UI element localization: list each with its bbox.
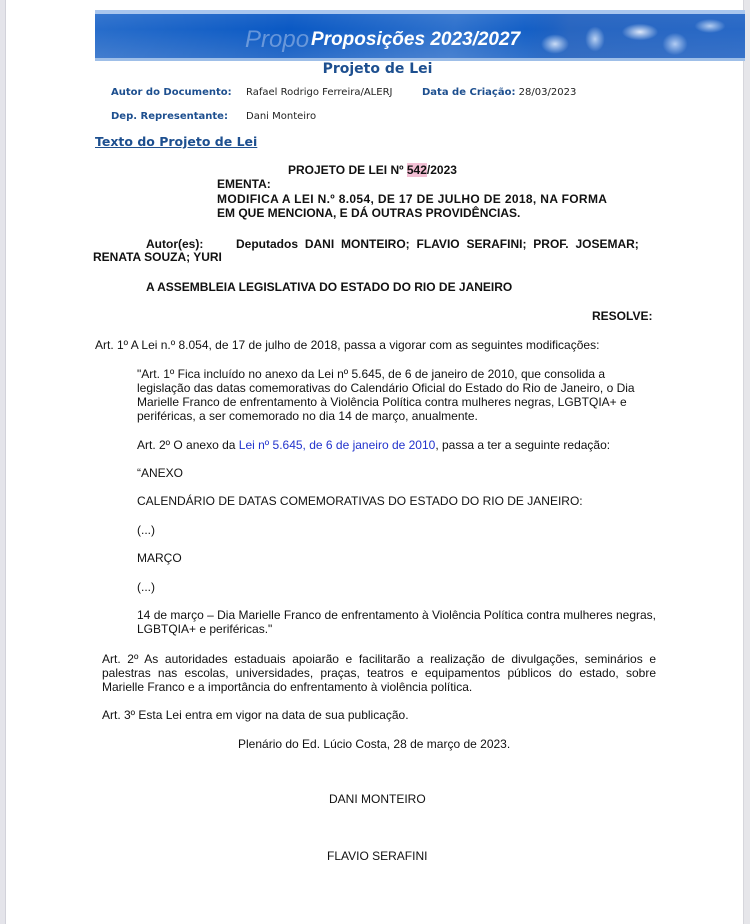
art3-text: Art. 3º Esta Lei entra em vigor na data … <box>102 708 409 722</box>
signature-1: DANI MONTEIRO <box>329 792 426 806</box>
ementa-label: EMENTA: <box>217 177 271 191</box>
authors-line-1: Deputados DANI MONTEIRO; FLAVIO SERAFINI… <box>236 237 639 251</box>
signature-2: FLAVIO SERAFINI <box>327 849 427 863</box>
bill-number: 542 <box>407 163 427 177</box>
scrollbar-track[interactable] <box>743 0 750 924</box>
art1-text: Art. 1º A Lei n.º 8.054, de 17 de julho … <box>95 338 599 352</box>
plenario-line: Plenário do Ed. Lúcio Costa, 28 de março… <box>238 737 510 751</box>
autor-value: Rafael Rodrigo Ferreira/ALERJ <box>246 87 392 98</box>
art1-quote-line-2: legislação das datas comemorativas do Ca… <box>137 381 635 395</box>
art1-quote-line-4: periféricas, a ser comemorado no dia 14 … <box>137 409 478 423</box>
ellipsis-2: (...) <box>137 580 155 594</box>
dep-label: Dep. Representante: <box>111 111 228 122</box>
assembly-line: A ASSEMBLEIA LEGISLATIVA DO ESTADO DO RI… <box>146 280 512 294</box>
ementa-line-1: MODIFICA A LEI N.º 8.054, DE 17 DE JULHO… <box>217 192 607 206</box>
ellipsis-1: (...) <box>137 523 155 537</box>
banner-photo <box>525 14 745 58</box>
resolve-line: RESOLVE: <box>592 309 652 323</box>
marco-heading: MARÇO <box>137 551 182 565</box>
bill-title: PROJETO DE LEI Nº 542/2023 <box>288 163 457 177</box>
art2-inner: Art. 2º O anexo da Lei nº 5.645, de 6 de… <box>137 438 610 452</box>
art1-quote-line-3: Marielle Franco de enfrentamento à Violê… <box>137 395 627 409</box>
authors-label: Autor(es): <box>146 237 203 251</box>
dep-value: Dani Monteiro <box>246 111 316 122</box>
doc-type-heading: Projeto de Lei <box>95 61 660 77</box>
lei-5645-link[interactable]: Lei nº 5.645, de 6 de janeiro de 2010 <box>239 438 436 452</box>
anexo-heading: “ANEXO <box>137 466 183 480</box>
march-14-entry: 14 de março – Dia Marielle Franco de enf… <box>137 608 656 636</box>
banner-title: Proposições 2023/2027 <box>311 29 520 51</box>
art1-quote-line-1: "Art. 1º Fica incluído no anexo da Lei n… <box>137 367 605 381</box>
authors-line-2: RENATA SOUZA; YURI <box>93 250 222 264</box>
page-left-edge <box>0 0 6 924</box>
art2-text: Art. 2º As autoridades estaduais apoiarã… <box>102 652 656 694</box>
data-criacao: Data de Criação: 28/03/2023 <box>422 87 576 98</box>
banner-ghost-text: Propo <box>245 26 309 54</box>
autor-label: Autor do Documento: <box>111 87 232 98</box>
proposicoes-banner: Propo Proposições 2023/2027 <box>95 10 745 61</box>
ementa-line-2: EM QUE MENCIONA, E DÁ OUTRAS PROVIDÊNCIA… <box>217 206 520 220</box>
calendario-heading: CALENDÁRIO DE DATAS COMEMORATIVAS DO EST… <box>137 494 583 508</box>
texto-projeto-link[interactable]: Texto do Projeto de Lei <box>95 134 257 149</box>
